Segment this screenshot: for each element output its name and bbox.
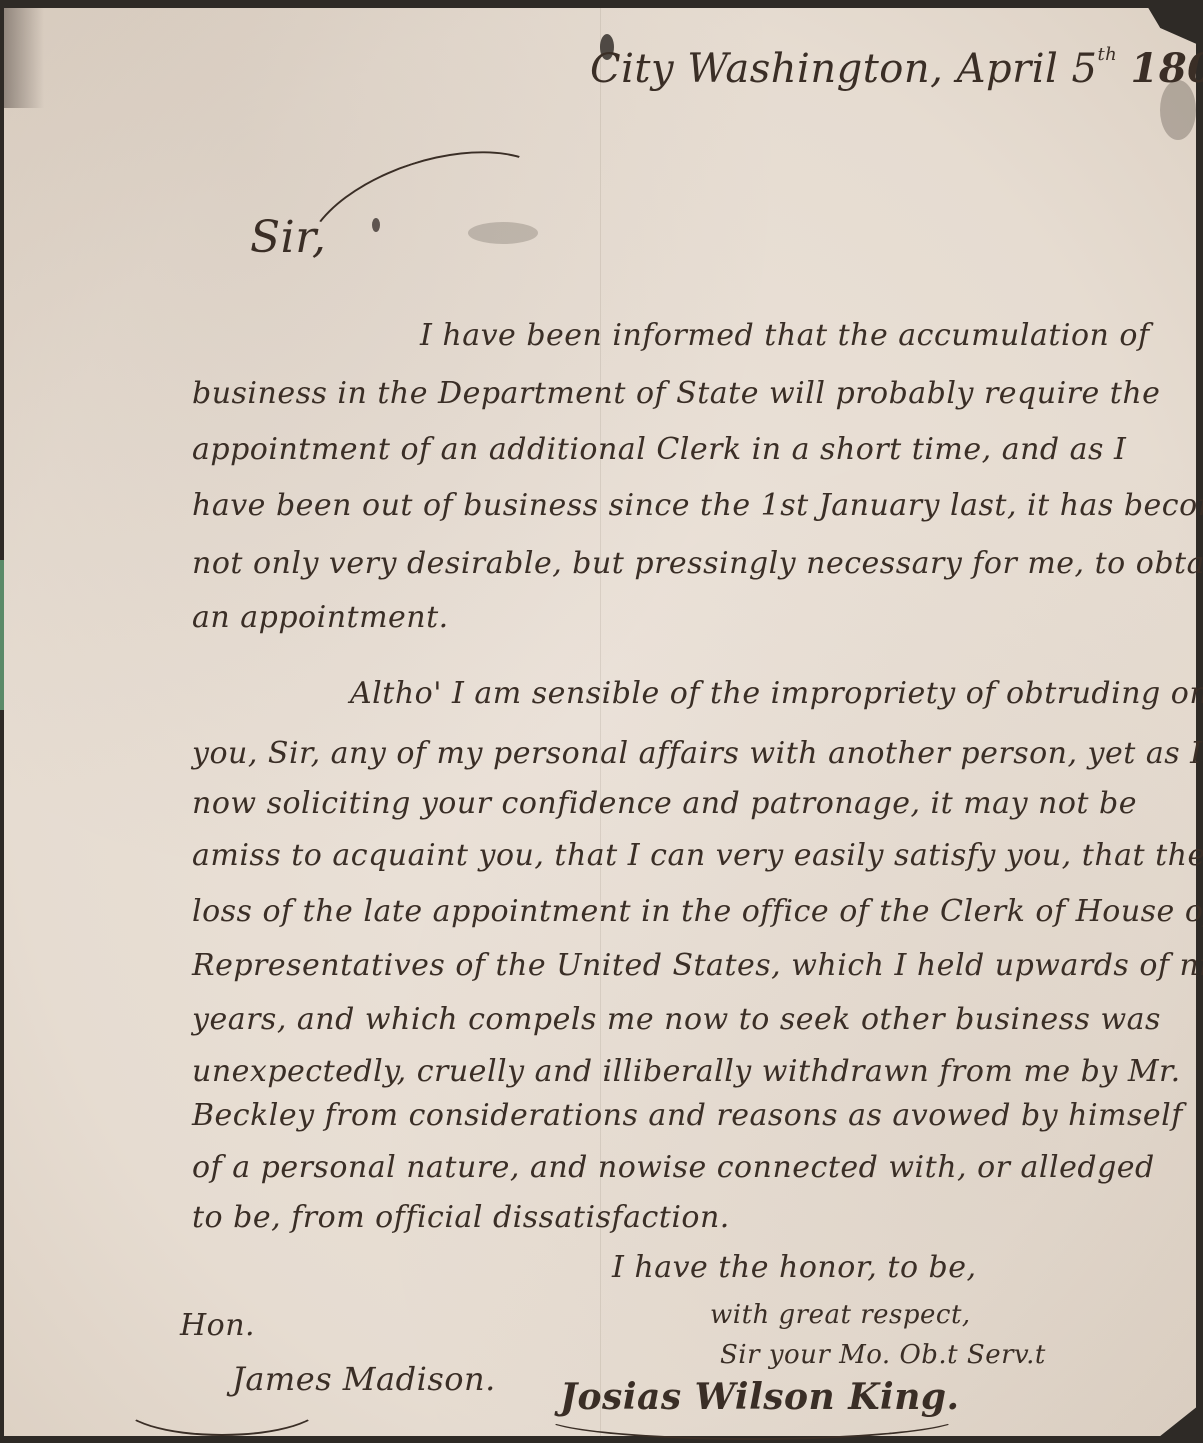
dateline-place: City Washington, bbox=[590, 46, 943, 92]
paragraph-2-line-5: loss of the late appointment in the offi… bbox=[192, 894, 1203, 929]
document-scan: City Washington, April 5th 1806. Sir, I … bbox=[0, 0, 1203, 1443]
addressee-flourish bbox=[120, 1372, 324, 1436]
paragraph-2-line-4: amiss to acquaint you, that I can very e… bbox=[192, 838, 1203, 873]
paragraph-1-line-1: I have been informed that the accumulati… bbox=[420, 318, 1150, 353]
paragraph-2-line-7: years, and which compels me now to seek … bbox=[192, 1002, 1161, 1037]
paragraph-2-line-3: now soliciting your confidence and patro… bbox=[192, 786, 1137, 821]
paragraph-2-line-1: Altho' I am sensible of the impropriety … bbox=[350, 676, 1203, 711]
dateline: City Washington, April 5th 1806. bbox=[590, 44, 1203, 92]
paragraph-1-line-2: business in the Department of State will… bbox=[192, 376, 1160, 411]
paragraph-1-line-5: not only very desirable, but pressingly … bbox=[192, 546, 1203, 581]
dateline-date: April 5 bbox=[957, 46, 1098, 92]
paragraph-2-line-11: to be, from official dissatisfaction. bbox=[192, 1200, 730, 1235]
scan-edge-accent bbox=[0, 560, 4, 710]
paragraph-1-line-6: an appointment. bbox=[192, 600, 449, 635]
closing-line-1: I have the honor, to be, bbox=[612, 1250, 977, 1285]
closing-line-2: with great respect, bbox=[710, 1300, 971, 1330]
addressee-title: Hon. bbox=[180, 1308, 255, 1343]
dateline-ordinal: th bbox=[1097, 44, 1117, 65]
signature-flourish bbox=[540, 1392, 964, 1440]
salutation: Sir, bbox=[250, 212, 326, 263]
closing-line-3: Sir your Mo. Ob.t Serv.t bbox=[720, 1340, 1046, 1370]
paragraph-2-line-2: you, Sir, any of my personal affairs wit… bbox=[192, 736, 1203, 771]
paragraph-2-line-9: Beckley from considerations and reasons … bbox=[192, 1098, 1183, 1133]
paragraph-2-line-10: of a personal nature, and nowise connect… bbox=[192, 1150, 1155, 1185]
paper-corner-stain bbox=[4, 8, 44, 108]
paragraph-1-line-3: appointment of an additional Clerk in a … bbox=[192, 432, 1126, 467]
dateline-year: 1806. bbox=[1131, 45, 1203, 92]
paragraph-1-line-4: have been out of business since the 1st … bbox=[192, 488, 1203, 523]
paragraph-2-line-6: Representatives of the United States, wh… bbox=[192, 948, 1203, 983]
paragraph-2-line-8: unexpectedly, cruelly and illiberally wi… bbox=[192, 1054, 1181, 1089]
